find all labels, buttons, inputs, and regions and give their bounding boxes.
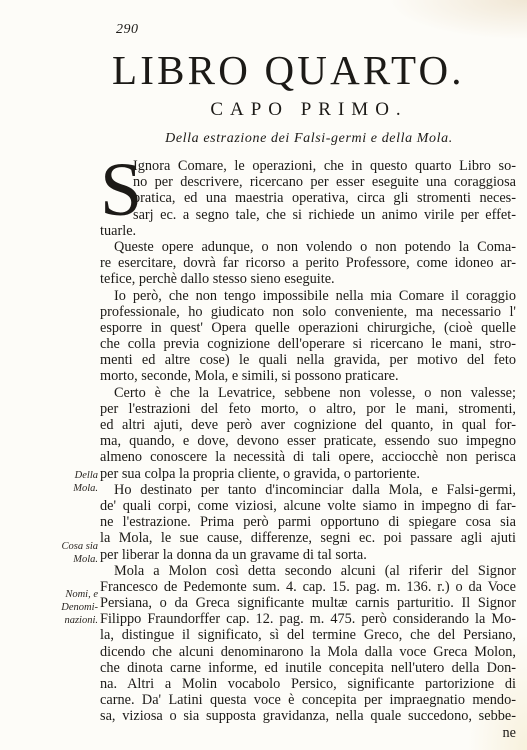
text-line: pratica, ed una maestria operativa, circ… — [100, 190, 516, 206]
margin-note-della-mola: Della Mola. — [40, 469, 98, 495]
text-line: ed altri ajuti, deve però aver cognizion… — [100, 417, 516, 433]
text-line: Persiana, o da Greca significante multæ … — [100, 595, 516, 611]
text-line: Io però, che non tengo impossibile nella… — [100, 288, 516, 304]
margin-note-line: Mola. — [40, 482, 98, 495]
book-page: 290 LIBRO QUARTO. CAPO PRIMO. Della estr… — [0, 0, 527, 750]
text-line: la Mola, le sue cause, differenze, segni… — [100, 530, 516, 546]
text-line: Ho destinato per tanto d'incominciar dal… — [100, 482, 516, 498]
text-line: dicendo che alcuni denominarono la Mola … — [100, 644, 516, 660]
text-line: che colla previa cognizione dell'operare… — [100, 336, 516, 352]
margin-note-line: Nomi, e — [40, 588, 98, 601]
text-line: no per descrivere, ricercano per esser e… — [100, 174, 516, 190]
text-line: de' quali corpi, come viziosi, alcune vo… — [100, 498, 516, 514]
text-line: sarj ec. a segno tale, che si richiede u… — [100, 207, 516, 223]
text-line: re esercitare, dovrà far ricorso a perit… — [100, 255, 516, 271]
text-line: Certo è che la Levatrice, sebbene non vo… — [100, 385, 516, 401]
text-line: per l'estrazioni del feto morto, o altro… — [100, 401, 516, 417]
body-text: Ignora Comare, le operazioni, che in que… — [100, 158, 516, 741]
text-line: la, distingue il significato, sì del ter… — [100, 627, 516, 643]
text-line: almeno conoscere la necessità di tali op… — [100, 449, 516, 465]
text-line: per liberar la donna da un gravame di ta… — [100, 547, 516, 563]
text-line: morto, seconde, Mola, e simili, si posso… — [100, 368, 516, 384]
text-line: tefice, perchè dallo stesso sieno esegui… — [100, 271, 516, 287]
text-line: Ignora Comare, le operazioni, che in que… — [100, 158, 516, 174]
text-line: tuarle. — [100, 223, 516, 239]
text-line: carne. Da' Latini questa voce è concepit… — [100, 692, 516, 708]
text-line: professionale, ho giudicato non solo con… — [100, 304, 516, 320]
margin-note-nomi-denominazioni: Nomi, e Denomi- nazioni. — [40, 588, 98, 627]
margin-note-line: Della — [40, 469, 98, 482]
text-line: per sua colpa la propria cliente, o grav… — [100, 466, 516, 482]
text-line: Francesco de Pedemonte sum. 4. cap. 15. … — [100, 579, 516, 595]
margin-note-line: nazioni. — [40, 614, 98, 627]
text-line: na. Altri a Molin vocabolo Persico, sign… — [100, 676, 516, 692]
margin-note-cosa-sia-mola: Cosa sia Mola. — [40, 540, 98, 566]
book-title: LIBRO QUARTO. — [112, 46, 502, 94]
margin-note-line: Cosa sia — [40, 540, 98, 553]
margin-note-line: Denomi- — [40, 601, 98, 614]
text-line: menti ed altre cose) le quali nella grav… — [100, 352, 516, 368]
page-number: 290 — [116, 22, 139, 38]
text-line: che dinota carne informe, ed inutile con… — [100, 660, 516, 676]
text-line: sa, viziosa o sia supposta gravidanza, n… — [100, 708, 516, 724]
chapter-title: CAPO PRIMO. — [100, 99, 518, 121]
paper-stain — [387, 0, 527, 40]
chapter-subtitle: Della estrazione dei Falsi-germi e della… — [100, 131, 518, 147]
text-line: ne — [100, 725, 516, 741]
text-line: esporre in quest' Opera quelle operazion… — [100, 320, 516, 336]
text-line: Queste opere adunque, o non volendo o no… — [100, 239, 516, 255]
text-line: Filippo Fraundorffer cap. 12. pag. m. 47… — [100, 611, 516, 627]
text-line: ma, quando, e dove, devono esser pratica… — [100, 433, 516, 449]
text-line: Mola a Molon così detta secondo alcuni (… — [100, 563, 516, 579]
text-line: ne l'estrazione. Prima però parmi opport… — [100, 514, 516, 530]
margin-note-line: Mola. — [40, 553, 98, 566]
